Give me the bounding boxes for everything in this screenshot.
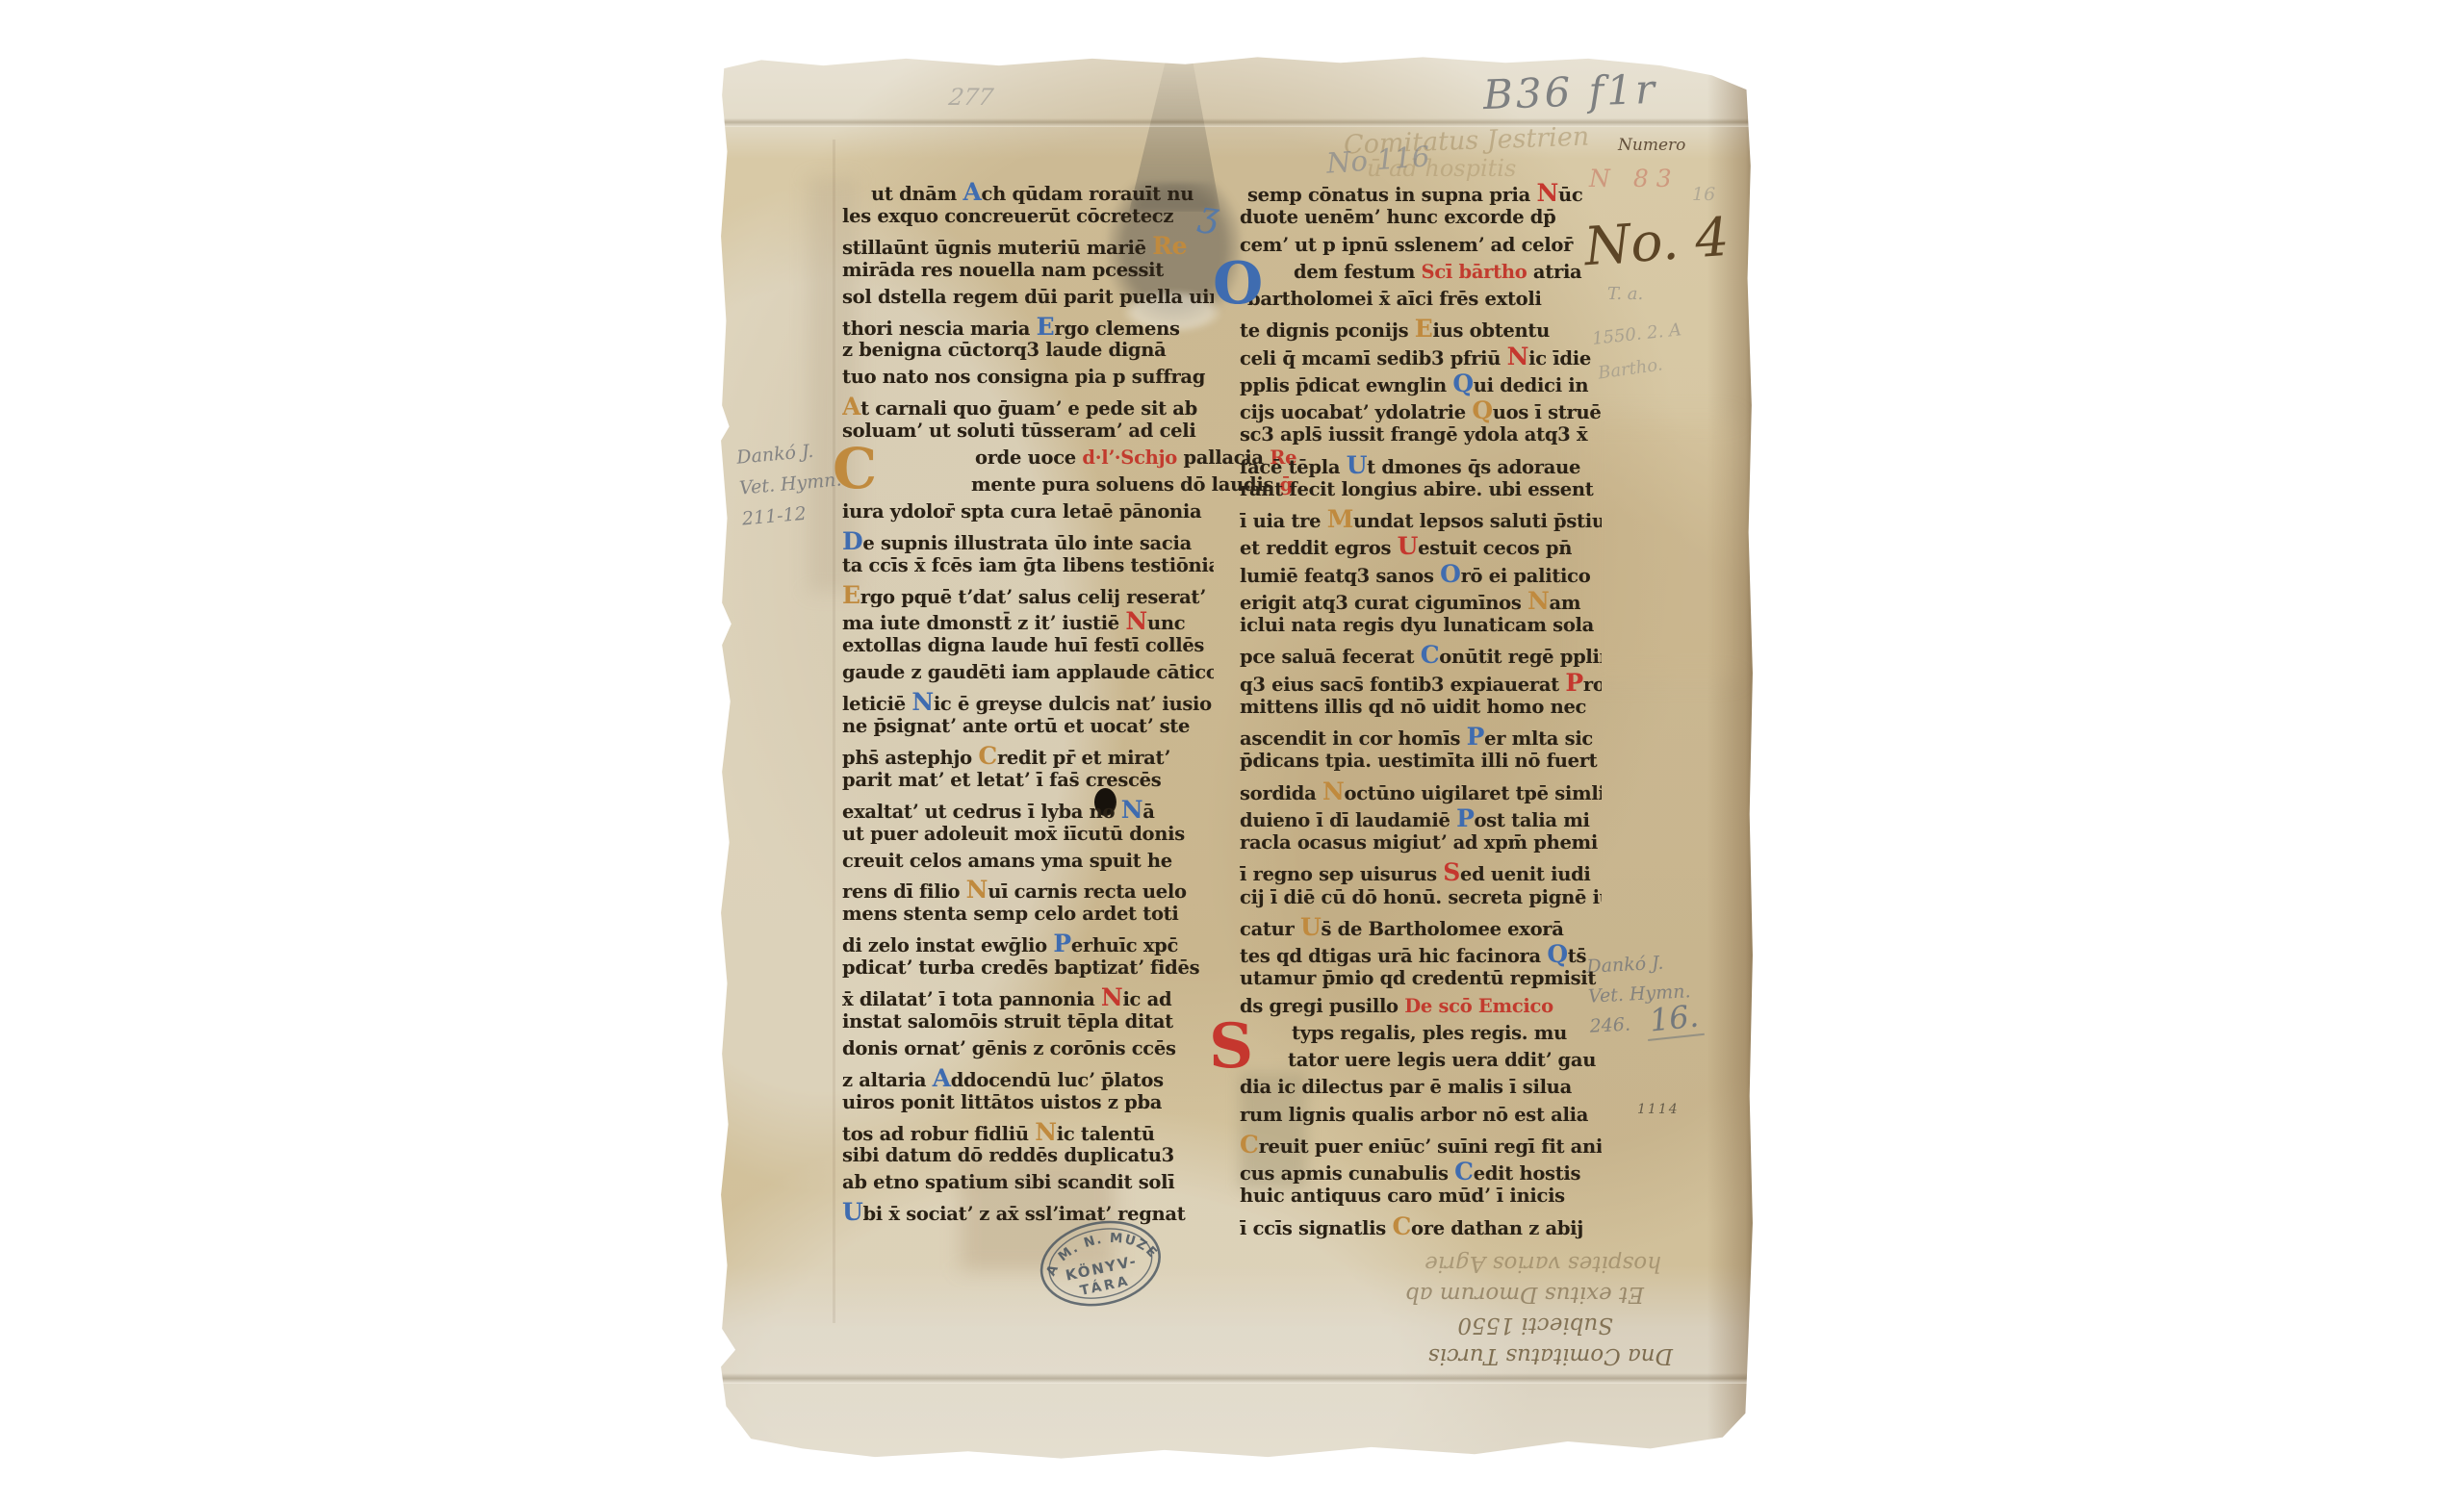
text-line: typs regalis, ples regis. mu	[1240, 1022, 1654, 1049]
text-line: cus apmis cunabulis Cedit hostis	[1240, 1158, 1602, 1185]
photo-canvas: 277 B36 f1r Comitatus Jestrien ū ad hosp…	[0, 0, 2464, 1504]
text-line: sc3 apls̄ iussit frangē ydola atq3 x̄	[1240, 423, 1602, 450]
text-line: ut puer adoleuit mox̄ iīcutū donis	[842, 823, 1214, 850]
text-line: pplis p̄dicat ewnglin Qui dedici in	[1240, 370, 1602, 396]
text-line: huic antiquus caro mūdʼ ī inicis	[1240, 1185, 1602, 1211]
text-line: Ergo pquē tʼdatʼ salus celij reseratʼ	[842, 581, 1214, 608]
text-line: mittens illis qd nō uidit homo nec	[1240, 696, 1602, 723]
pencil-folio-number: 277	[947, 84, 995, 111]
text-line: donis ornatʼ gēnis z corōnis ccēs	[842, 1037, 1214, 1064]
text-line: ta ccīs x̄ fcēs iam ḡta libens testiōnia	[842, 554, 1214, 581]
text-line: ne p̄signatʼ ante ortū et uocatʼ ste	[842, 715, 1214, 742]
text-line: gaude z gaudēti iam applaude cātico	[842, 661, 1214, 688]
text-line: pdicatʼ turba credēs baptizatʼ fidēs	[842, 956, 1214, 983]
text-line: tos ad robur fidliū Nic talentū	[842, 1118, 1214, 1145]
text-line: erigit atq3 curat cigumīnos Nam	[1240, 587, 1602, 614]
text-line: te dignis pconijs Eius obtentu	[1240, 315, 1602, 342]
illuminated-initial: O	[1213, 255, 1263, 313]
archival-note-line: Et exitus Dmorum ab	[1259, 1279, 1644, 1310]
text-line: rant fecit longius abire. ubi essent	[1240, 478, 1602, 505]
text-line: celi q̄ mcamī sedib3 pfriū Nic īdie	[1240, 343, 1602, 370]
text-line: tator uere legis uera dditʼ gau	[1240, 1049, 1650, 1076]
text-line: leticiē Nic ē greyse dulcis natʼ iusio	[842, 688, 1214, 715]
text-line: rens dī filio Nuī carnis recta uelo	[842, 876, 1214, 903]
text-line: iclui nata regis dyu lunaticam sola	[1240, 614, 1602, 641]
text-line: bartholomei x̄ aīci frēs extoli	[1240, 288, 1609, 315]
text-line: les exquo concreuerūt cōcretecz	[842, 205, 1214, 232]
text-line: z altaria Addocendū lucʼ p̄latos	[842, 1064, 1214, 1091]
ruling-line-left	[833, 140, 835, 1323]
text-line: cij ī diē cū dō honū. secreta pignē iudi	[1240, 886, 1602, 913]
text-line: sibi datum dō reddēs duplicatu3	[842, 1144, 1214, 1171]
archival-note-line: Subiecti 1550	[1259, 1310, 1613, 1340]
text-line: iura ydolor̄ spta cura letaē pānonia	[842, 500, 1214, 527]
pencil-note-ta-line2: 1550. 2. A	[1591, 319, 1682, 349]
text-line: duote uenēmʼ hunc excorde dp̄	[1240, 206, 1602, 233]
text-line: exaltatʼ ut cedrus ī lyba no Nā	[842, 796, 1214, 823]
text-line: ut dnām Ach qūdam rorauīt nu	[842, 178, 1243, 205]
text-line: sol dstella regem dūi parit puella uiri	[842, 286, 1214, 313]
text-line: De supnis illustrata ūlo inte sacia	[842, 527, 1214, 554]
shelfmark-pencil: B36 f1r	[1482, 65, 1658, 118]
text-line: parit matʼ et letatʼ ī fas̄ crescēs	[842, 769, 1214, 796]
text-line: extollas digna laude huī festī collēs	[842, 634, 1214, 661]
text-line: cijs uocabatʼ ydolatrie Quos ī struēs	[1240, 396, 1602, 423]
text-line: et reddit egros Uestuit cecos pn̄	[1240, 532, 1602, 559]
text-line: p̄dicans tpia. uestimīta illi nō fuert	[1240, 750, 1602, 777]
text-line: racla ocasus migiutʼ ad xpm̄ phemi	[1240, 831, 1602, 858]
text-line: sordida Noctūno uigilaret tpē simli	[1240, 777, 1602, 804]
text-line: ds gregi pusillo De scō Emcico	[1240, 995, 1602, 1022]
top-fold-crease	[720, 118, 1754, 127]
text-line: cemʼ ut p ipnū sslenemʼ ad celor̄	[1240, 234, 1602, 261]
faint-16-pencil: 16	[1692, 184, 1715, 205]
text-line: ma iute dmonstt̄ z itʼ iustiē Nunc	[842, 607, 1214, 634]
text-line: phs̄ astephjo Credit pr̄ et miratʼ	[842, 742, 1214, 769]
manuscript-leaf: 277 B36 f1r Comitatus Jestrien ū ad hosp…	[720, 53, 1754, 1463]
text-line: stillaūnt ūgnis muteriū mariē Re	[842, 232, 1214, 259]
text-line: rum lignis qualis arbor nō est alia	[1240, 1104, 1602, 1131]
text-line: semp cōnatus in supna pria Nūc	[1240, 179, 1609, 206]
text-line: dia ic dilectus par ē malis ī silua	[1240, 1076, 1602, 1103]
danko-reference-left: Dankó J. Vet. Hymn. 211-12	[735, 434, 846, 535]
illuminated-initial: C	[833, 441, 877, 497]
small-ink-number: 1114	[1637, 1102, 1680, 1117]
yellow-stain-right-margin	[1581, 419, 1735, 678]
text-line: duieno ī dī laudamiē Post talia mi	[1240, 804, 1602, 831]
text-column-right: semp cōnatus in supna pria Nūcduote uenē…	[1240, 179, 1602, 1245]
text-line: ī uia tre Mundat lepsos saluti p̄stiue	[1240, 505, 1602, 532]
text-line: catur Us̄ de Bartholomee exorā	[1240, 913, 1602, 940]
text-line: instat salomōis struit tēpla ditat	[842, 1010, 1214, 1037]
text-line: facē tēpla Ut dmones q̄s adoraue	[1240, 451, 1602, 478]
text-line: thori nescia maria Ergo clemens	[842, 313, 1214, 340]
text-line: z benigna cūctorq3 laude dignā	[842, 339, 1214, 366]
illuminated-initial: S	[1209, 1016, 1253, 1078]
text-line: ī ccīs signatlis Core dathan z abij	[1240, 1212, 1602, 1239]
text-line: tes qd dtigas urā hic facinora Qts̄	[1240, 940, 1602, 967]
text-line: creuit celos amans yma spuit he	[842, 850, 1214, 877]
numero-ink-note: Numero	[1618, 136, 1685, 155]
text-line: tuo nato nos consigna pia p suffrag	[842, 366, 1214, 393]
text-column-left: ut dnām Ach qūdam rorauīt nules exquo co…	[842, 178, 1214, 1231]
text-line: di zelo instat ewḡlio Perhuīc xpc̄	[842, 930, 1214, 956]
pencil-note-ta-line3: Bartho.	[1597, 354, 1664, 383]
text-line: x̄ dilatatʼ ī tota pannonia Nic ad	[842, 983, 1214, 1010]
text-line: pce saluā fecerat Conūtit regē pplin	[1240, 641, 1602, 668]
archival-note-line: hospites varios Agrie	[1259, 1248, 1661, 1279]
text-line: ascendit in cor homīs Per mlta sic	[1240, 723, 1602, 750]
text-line: Creuit puer eniūcʼ suīni regī fit ani	[1240, 1131, 1602, 1158]
bottom-fold-crease	[720, 1373, 1754, 1384]
text-line: uiros ponit littātos uistos z pba	[842, 1091, 1214, 1118]
text-line: mens stenta semp celo ardet toti	[842, 903, 1214, 930]
text-line: dem festum Scī bārtho atria	[1240, 261, 1655, 288]
text-line: utamur p̄mio qd credentū repmisit	[1240, 967, 1602, 994]
text-line: mirāda res nouella nam pcessit	[842, 259, 1214, 286]
text-line: ī regno sep uisurus Sed uenit iudi	[1240, 858, 1602, 885]
text-line: q3 eius sacs̄ fontib3 expiauerat Pro	[1240, 669, 1602, 696]
text-line: lumiē featq3 sanos Orō ei palitico	[1240, 560, 1602, 587]
inverted-archival-notes: Dna Comitatus Turcis Subiecti 1550 Et ex…	[1259, 1248, 1673, 1371]
text-line: soluamʼ ut soluti tūsseramʼ ad celi	[842, 420, 1214, 446]
archival-note-line: Dna Comitatus Turcis	[1259, 1340, 1673, 1371]
text-line: At carnali quo ḡuamʼ e pede sit ab	[842, 393, 1214, 420]
